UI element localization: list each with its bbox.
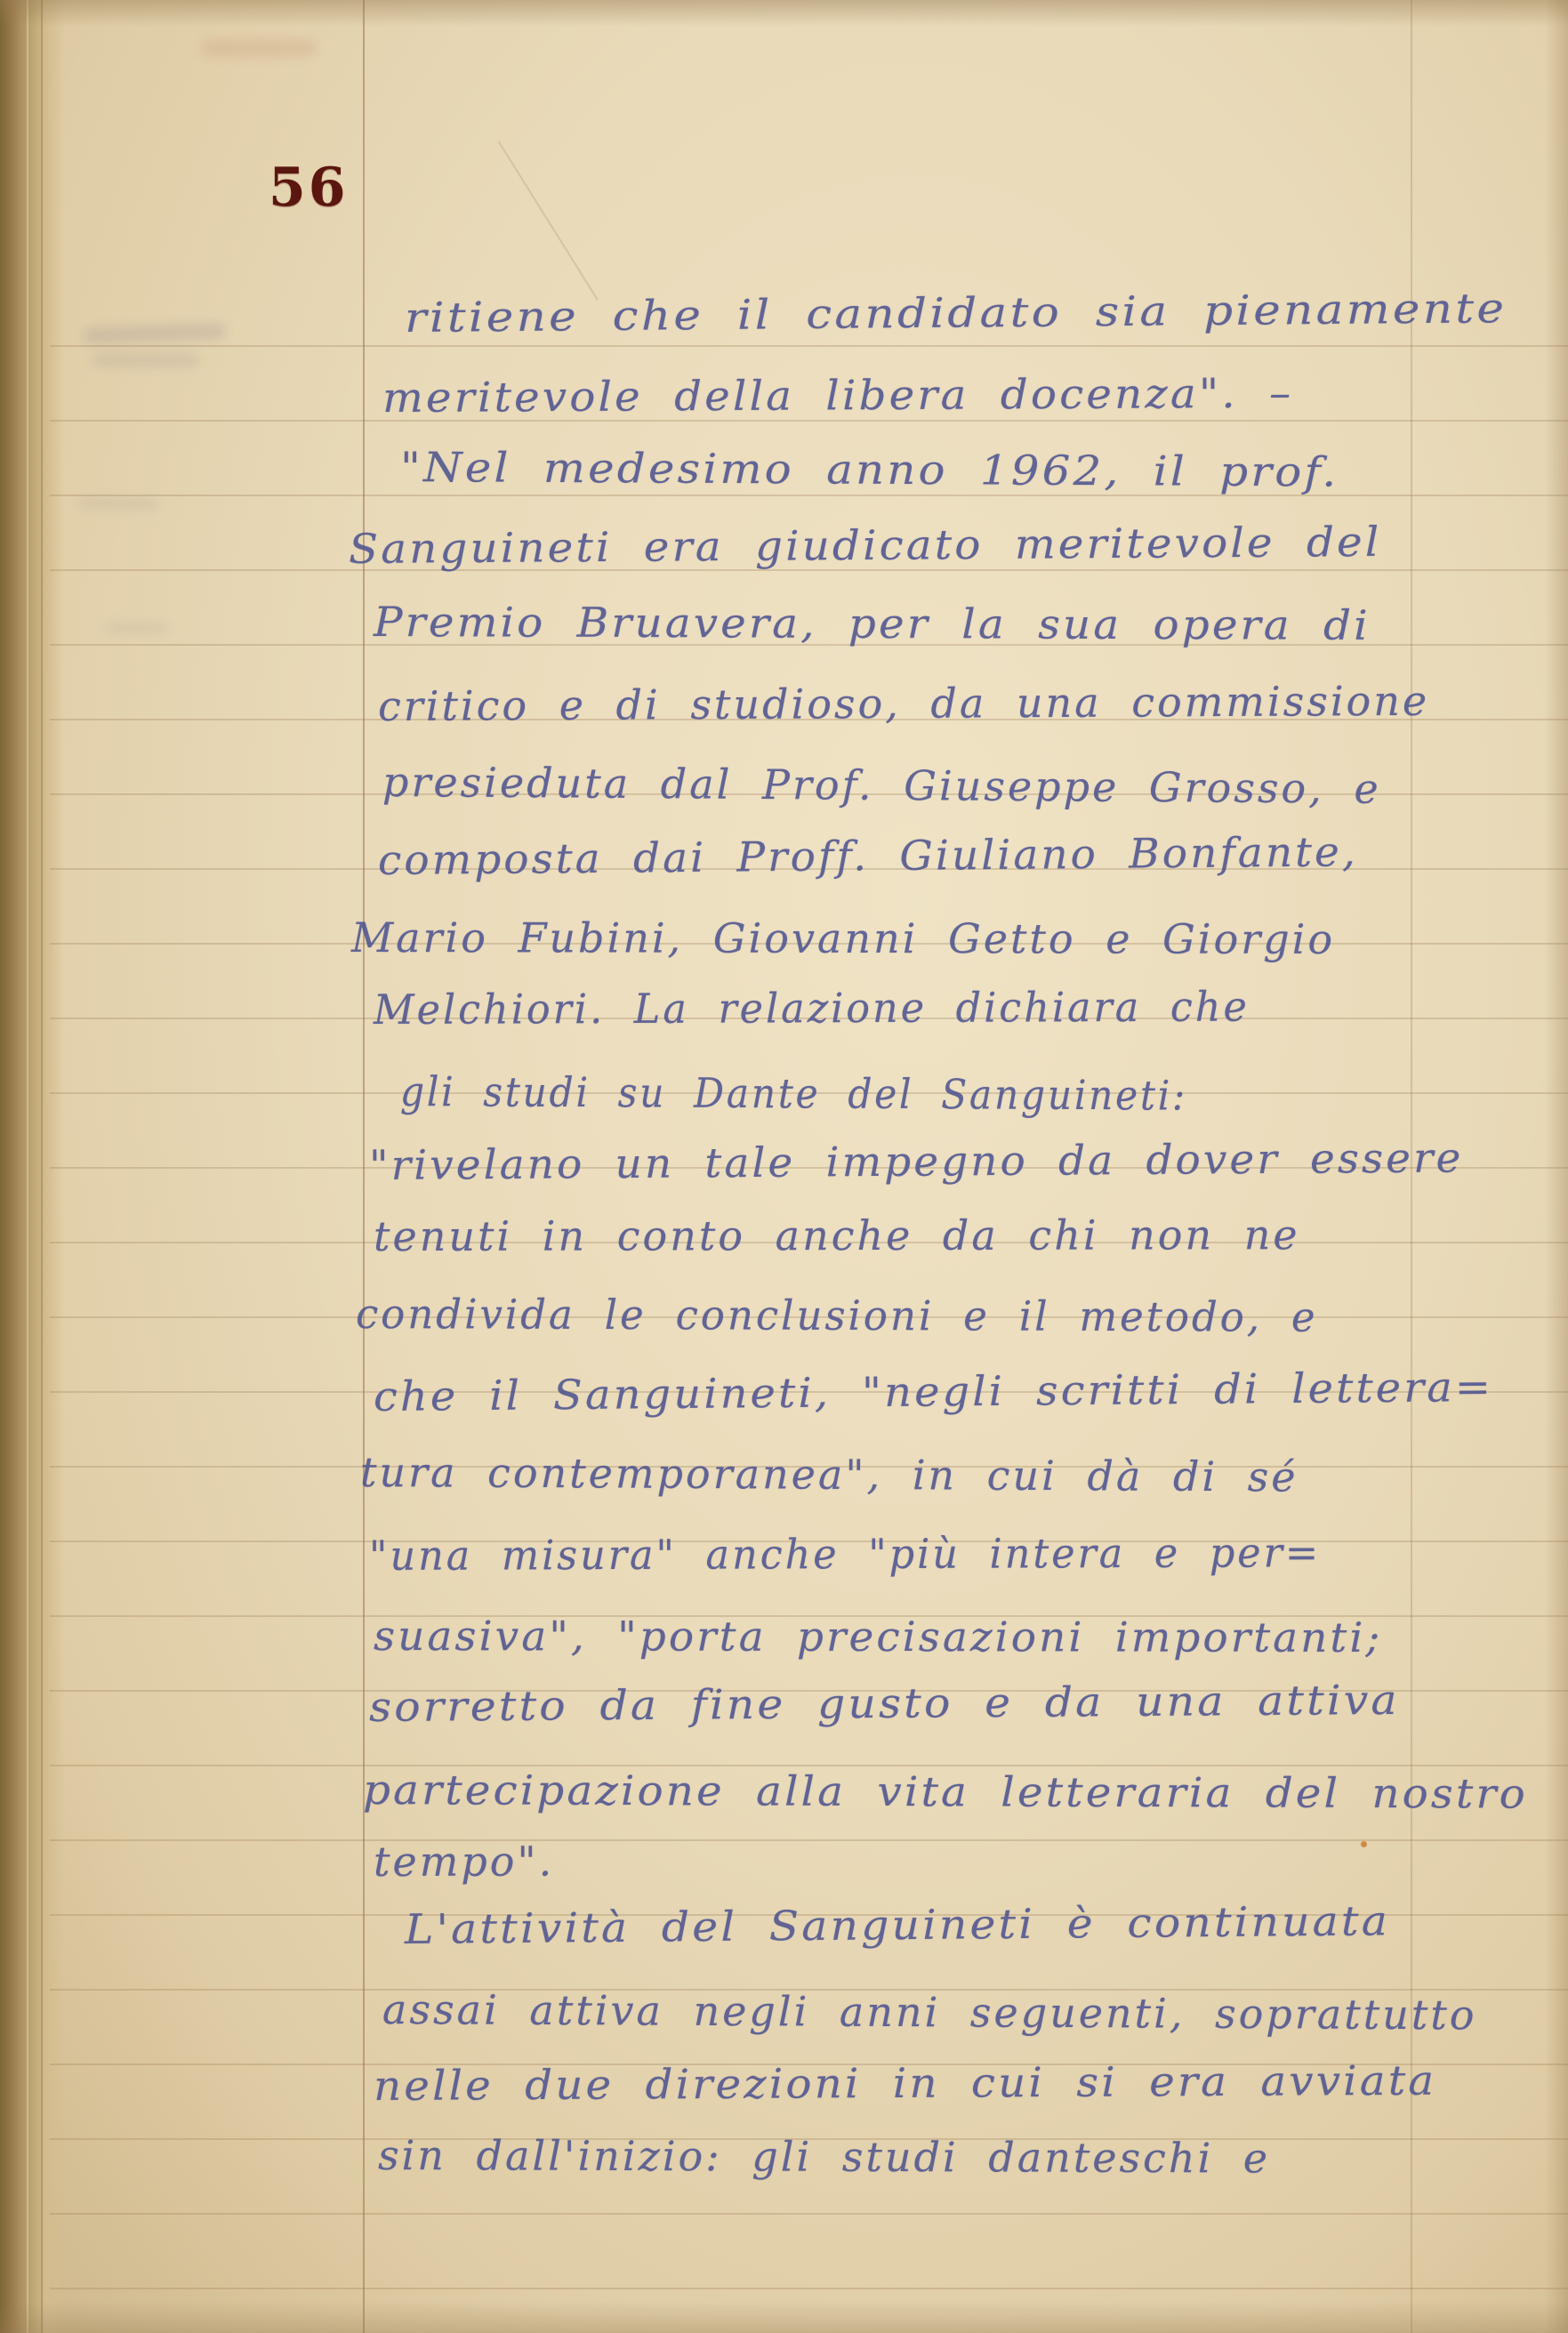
manuscript-line: che il Sanguineti, "negli scritti di let…	[374, 1363, 1494, 1420]
manuscript-line: suasiva", "porta precisazioni importanti…	[374, 1612, 1382, 1661]
manuscript-line: Premio Bruavera, per la sua opera di	[374, 598, 1371, 649]
scanned-register-page: 56 ritiene che il candidato sia pienamen…	[0, 0, 1568, 2333]
page-edge-line	[41, 0, 43, 2333]
manuscript-line: Mario Fubini, Giovanni Getto e Giorgio	[351, 913, 1335, 963]
manuscript-line: partecipazione alla vita letteraria del …	[363, 1766, 1528, 1818]
manuscript-line: ritiene che il candidato sia pienamente	[405, 284, 1508, 342]
manuscript-line: meritevole della libera docenza". –	[382, 369, 1294, 422]
manuscript-line: sin dall'inizio: gli studi danteschi e	[378, 2131, 1270, 2183]
manuscript-line: tura contemporanea", in cui dà di sé	[360, 1448, 1299, 1501]
manuscript-line: nelle due direzioni in cui si era avviat…	[374, 2056, 1437, 2110]
manuscript-line: critico e di studioso, da una commission…	[378, 677, 1429, 730]
manuscript-line: sorretto da fine gusto e da una attiva	[369, 1676, 1400, 1731]
manuscript-line: composta dai Proff. Giuliano Bonfante,	[378, 827, 1358, 884]
manuscript-line: Sanguineti era giudicato meritevole del	[349, 518, 1382, 573]
page-top-shadow	[0, 0, 1568, 27]
ghost-bleedthrough	[84, 323, 227, 344]
ghost-bleedthrough	[201, 39, 317, 57]
manuscript-line: presieduta dal Prof. Giuseppe Grosso, e	[382, 758, 1381, 813]
manuscript-line: tenuti in conto anche da chi non ne	[374, 1211, 1300, 1260]
page-number: 56	[269, 157, 349, 219]
manuscript-line: "una misura" anche "più intera e per=	[369, 1528, 1321, 1580]
manuscript-line: condivida le conclusioni e il metodo, e	[356, 1290, 1318, 1341]
manuscript-line: L'attività del Sanguineti è continuata	[405, 1896, 1390, 1953]
manuscript-line: Melchiori. La relazione dichiara che	[374, 983, 1250, 1034]
ink-speck	[1361, 1841, 1367, 1847]
manuscript-line: tempo".	[374, 1838, 554, 1886]
left-margin-line	[363, 0, 365, 2333]
manuscript-line: assai attiva negli anni seguenti, soprat…	[382, 1985, 1477, 2039]
scratch-mark	[498, 141, 599, 301]
manuscript-line: "rivelano un tale impegno da dover esser…	[369, 1133, 1464, 1189]
page-edge-line	[27, 0, 28, 2333]
ghost-bleedthrough	[92, 354, 199, 366]
ghost-bleedthrough	[78, 497, 158, 510]
ghost-bleedthrough	[107, 623, 169, 633]
manuscript-line: gli studi su Dante del Sanguineti:	[400, 1067, 1187, 1120]
manuscript-line: "Nel medesimo anno 1962, il prof.	[400, 443, 1339, 496]
